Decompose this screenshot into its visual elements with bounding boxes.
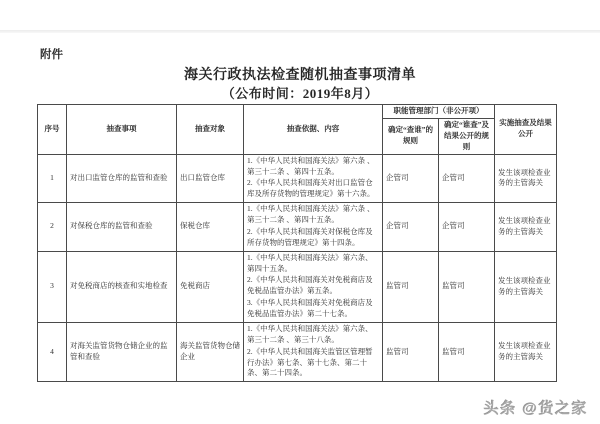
cell-rule-checker: 监管司	[439, 251, 495, 322]
cell-item: 对海关监管货物仓储企业的监管和查验	[67, 322, 177, 381]
basis-line: 1.《中华人民共和国海关法》第六条 、第三十二条 、第四十五条。	[247, 156, 379, 178]
cell-rule-who: 监管司	[383, 322, 439, 381]
col-header-rule-checker: 确定“谁查”及结果公开的规则	[439, 119, 495, 155]
col-header-item: 抽查事项	[67, 105, 177, 155]
col-header-basis: 抽查依据、内容	[244, 105, 383, 155]
scan-shadow-line	[0, 30, 600, 33]
cell-basis: 1.《中华人民共和国海关法》第六条、 第三十二条 、第三十八条。 2.《中华人民…	[244, 322, 383, 381]
cell-implement: 发生该项检查业务的主管海关	[495, 154, 557, 203]
page-subtitle: （公布时间：2019年8月）	[0, 83, 600, 102]
cell-implement: 发生该项检查业务的主管海关	[495, 203, 557, 252]
basis-line: 1.《中华人民共和国海关法》第六条 、第三十二条 、第四十五条。	[247, 204, 379, 226]
table-row: 1 对出口监管仓库的监管和查验 出口监管仓库 1.《中华人民共和国海关法》第六条…	[38, 154, 557, 203]
attachment-label: 附件	[40, 46, 63, 62]
col-header-rule-who: 确定“查谁”的规则	[383, 119, 439, 155]
toutiao-watermark: 头条 @货之家	[484, 397, 588, 418]
cell-target: 出口监管仓库	[177, 154, 244, 203]
basis-line: 2.《中华人民共和国海关对保税仓库及所存货物的管理规定》第十四条。	[247, 227, 379, 249]
header-row-top: 序号 抽查事项 抽查对象 抽查依据、内容 职能管理部门（非公开项） 实施抽查及结…	[38, 105, 557, 119]
document-page: 附件 海关行政执法检查随机抽查事项清单 （公布时间：2019年8月） 序号 抽查…	[0, 0, 600, 424]
basis-line: 3.《中华人民共和国海关对免税商店及免税品监管办法》第二十七条。	[247, 298, 379, 320]
table-row: 4 对海关监管货物仓储企业的监管和查验 海关监管货物仓储企业 1.《中华人民共和…	[38, 322, 557, 381]
basis-line: 1.《中华人民共和国海关法》第六条、第四十五条。	[247, 253, 379, 275]
cell-seq: 3	[38, 251, 67, 322]
basis-line: 2.《中华人民共和国海关监管区管理暂行办法》第七条、第十七条、第二十条、第二十四…	[247, 347, 379, 380]
cell-rule-checker: 企管司	[439, 203, 495, 252]
cell-item: 对保税仓库的监管和查验	[67, 203, 177, 252]
col-header-dept-group: 职能管理部门（非公开项）	[383, 105, 495, 119]
page-title: 海关行政执法检查随机抽查事项清单	[0, 64, 600, 84]
cell-rule-who: 企管司	[383, 203, 439, 252]
cell-rule-who: 企管司	[383, 154, 439, 203]
col-header-implement: 实施抽查及结果公开	[495, 105, 557, 155]
table-row: 2 对保税仓库的监管和查验 保税仓库 1.《中华人民共和国海关法》第六条 、第三…	[38, 203, 557, 252]
cell-item: 对免税商店的核查和实地检查	[67, 251, 177, 322]
basis-line: 1.《中华人民共和国海关法》第六条、 第三十二条 、第三十八条。	[247, 324, 379, 346]
col-header-target: 抽查对象	[177, 105, 244, 155]
cell-item: 对出口监管仓库的监管和查验	[67, 154, 177, 203]
basis-line: 2.《中华人民共和国海关对出口监管仓库及所存货物的管理规定》第十六条。	[247, 178, 379, 200]
cell-seq: 1	[38, 154, 67, 203]
cell-target: 免税商店	[177, 251, 244, 322]
table-row: 3 对免税商店的核查和实地检查 免税商店 1.《中华人民共和国海关法》第六条、第…	[38, 251, 557, 322]
cell-rule-who: 监管司	[383, 251, 439, 322]
cell-implement: 发生该项检查业务的主管海关	[495, 251, 557, 322]
cell-implement: 发生该项检查业务的主管海关	[495, 322, 557, 381]
cell-rule-checker: 企管司	[439, 154, 495, 203]
cell-seq: 2	[38, 203, 67, 252]
cell-basis: 1.《中华人民共和国海关法》第六条 、第三十二条 、第四十五条。 2.《中华人民…	[244, 154, 383, 203]
col-header-seq: 序号	[38, 105, 67, 155]
cell-target: 海关监管货物仓储企业	[177, 322, 244, 381]
basis-line: 2.《中华人民共和国海关对免税商店及免税品监管办法》第五条。	[247, 275, 379, 297]
cell-basis: 1.《中华人民共和国海关法》第六条、第四十五条。 2.《中华人民共和国海关对免税…	[244, 251, 383, 322]
inspection-items-table: 序号 抽查事项 抽查对象 抽查依据、内容 职能管理部门（非公开项） 实施抽查及结…	[37, 104, 557, 382]
cell-seq: 4	[38, 322, 67, 381]
cell-target: 保税仓库	[177, 203, 244, 252]
cell-basis: 1.《中华人民共和国海关法》第六条 、第三十二条 、第四十五条。 2.《中华人民…	[244, 203, 383, 252]
cell-rule-checker: 监管司	[439, 322, 495, 381]
